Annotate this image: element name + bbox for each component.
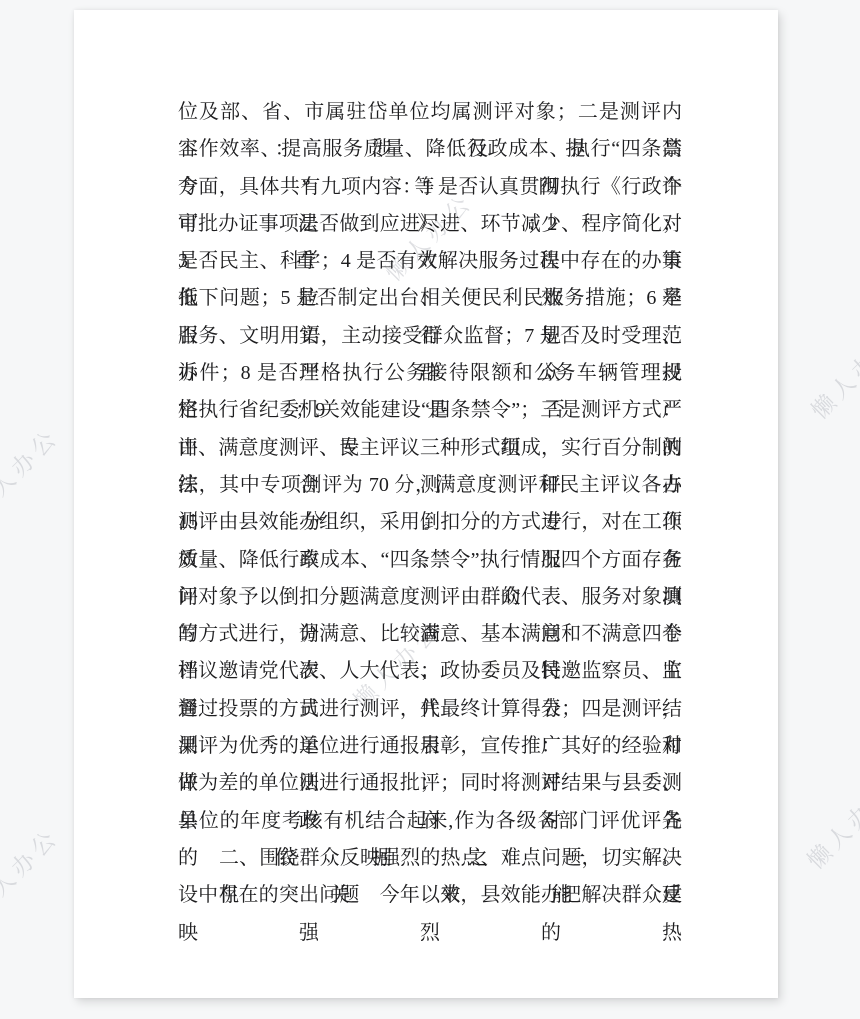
- watermark-text-5: 懒人办公: [803, 323, 860, 426]
- text-line-21: 二、围绕群众反映强烈的热点、难点问题，切实解决机关效能建: [178, 840, 682, 877]
- text-line-8: 诉件；8 是否严格执行公务接待限额和公务车辆管理规定；9 是否严: [178, 355, 682, 392]
- watermark-text-4: 懒人办公: [0, 820, 65, 923]
- text-line-12: 测评由县效能办组织，采用倒扣分的方式进行，对在工作效率、服务: [178, 504, 682, 541]
- text-line-17: 通过投票的方式进行测评，并最终计算得分；四是测评结果运用：对: [178, 691, 682, 728]
- text-line-14: 评对象予以倒扣分；满意度测评由群众代表、服务对象填写调查问卷: [178, 579, 682, 616]
- text-line-4: 审批办证事项是否做到应进尽进、环节减少、程序简化；3 重大决策: [178, 206, 682, 243]
- text-line-11: 法，其中专项测评为 70 分，满意度测评和民主评议各占 15 分。专项: [178, 467, 682, 504]
- text-line-3: 方面，具体共有九项内容：1 是否认真贯彻执行《行政许可法》；2 对: [178, 169, 682, 206]
- document-text: 位及部、省、市属驻岱单位均属测评对象；二是测评内容：涉及提高工作效率、提高服务质…: [178, 94, 682, 915]
- text-line-13: 质量、降低行政成本、“四条禁令”执行情况四个方面存在问题的测: [178, 542, 682, 579]
- text-line-16: 评议邀请党代表、人大代表、政协委员及特邀监察员、监督员代表，: [178, 653, 682, 690]
- text-line-5: 是否民主、科学；4 是否有效解决服务过程中存在的办事拖拉、效率: [178, 243, 682, 280]
- watermark-text-6: 懒人办公: [799, 773, 860, 876]
- text-line-20: 单位的年度考核有机结合起来,作为各级各部门评优评先的依据之一。: [178, 803, 682, 840]
- text-line-22: 设中存在的突出问题 今年以来，县效能办把解决群众反映强烈的热: [178, 877, 682, 914]
- text-line-10: 评、满意度测评、民主评议三种形式组成，实行百分制的综合测评办: [178, 430, 682, 467]
- text-line-9: 格执行省纪委机关效能建设“四条禁令”；三是测评方式：由专项测: [178, 392, 682, 429]
- text-line-19: 评为差的单位则进行通报批评；同时将测评结果与县委、县政府对各: [178, 765, 682, 802]
- text-line-6: 低下问题；5 是否制定出台相关便民利民服务措施；6 是否实行规范: [178, 280, 682, 317]
- text-line-7: 服务、文明用语，主动接受群众监督；7 是否及时受理、办理群众投: [178, 318, 682, 355]
- text-line-1: 位及部、省、市属驻岱单位均属测评对象；二是测评内容：涉及提高: [178, 94, 682, 131]
- viewer-canvas: 位及部、省、市属驻岱单位均属测评对象；二是测评内容：涉及提高工作效率、提高服务质…: [0, 0, 860, 1019]
- text-line-2: 工作效率、提高服务质量、降低行政成本、执行“四条禁令”等四个: [178, 131, 682, 168]
- text-line-15: 的方式进行，分满意、比较满意、基本满意和不满意四个档次；民主: [178, 616, 682, 653]
- watermark-text-3: 懒人办公: [0, 420, 65, 523]
- text-line-18: 测评为优秀的单位进行通报表彰，宣传推广其好的经验和做法；对测: [178, 728, 682, 765]
